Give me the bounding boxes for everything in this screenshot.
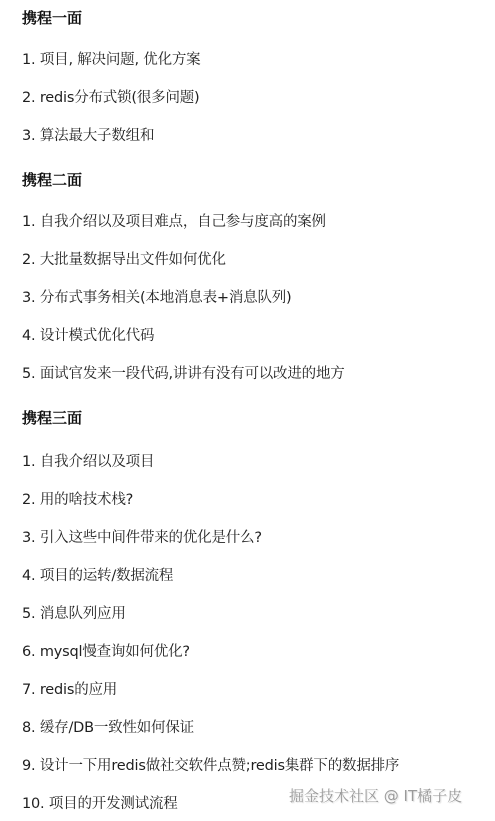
section-title-round-3: 携程三面 xyxy=(22,408,82,428)
list-item: 8. 缓存/DB一致性如何保证 xyxy=(22,718,194,738)
section-title-round-1: 携程一面 xyxy=(22,8,82,28)
section-title-round-2: 携程二面 xyxy=(22,170,82,190)
watermark: 掘金技术社区 @ IT橘子皮 xyxy=(289,786,462,806)
list-item: 9. 设计一下用redis做社交软件点赞;redis集群下的数据排序 xyxy=(22,756,399,776)
list-item: 4. 项目的运转/数据流程 xyxy=(22,566,173,586)
list-item: 1. 项目, 解决问题, 优化方案 xyxy=(22,50,200,70)
list-item: 3. 分布式事务相关(本地消息表+消息队列) xyxy=(22,288,292,308)
list-item: 2. 用的啥技术栈? xyxy=(22,490,133,510)
list-item: 3. 引入这些中间件带来的优化是什么? xyxy=(22,528,262,548)
list-item: 1. 自我介绍以及项目 xyxy=(22,452,154,472)
list-item: 2. redis分布式锁(很多问题) xyxy=(22,88,200,108)
list-item: 2. 大批量数据导出文件如何优化 xyxy=(22,250,226,270)
list-item: 5. 消息队列应用 xyxy=(22,604,126,624)
list-item: 5. 面试官发来一段代码,讲讲有没有可以改进的地方 xyxy=(22,364,345,384)
list-item: 10. 项目的开发测试流程 xyxy=(22,794,178,814)
list-item: 1. 自我介绍以及项目难点，自己参与度高的案例 xyxy=(22,212,326,232)
list-item: 4. 设计模式优化代码 xyxy=(22,326,154,346)
list-item: 3. 算法最大子数组和 xyxy=(22,126,154,146)
list-item: 7. redis的应用 xyxy=(22,680,117,700)
list-item: 6. mysql慢查询如何优化? xyxy=(22,642,190,662)
